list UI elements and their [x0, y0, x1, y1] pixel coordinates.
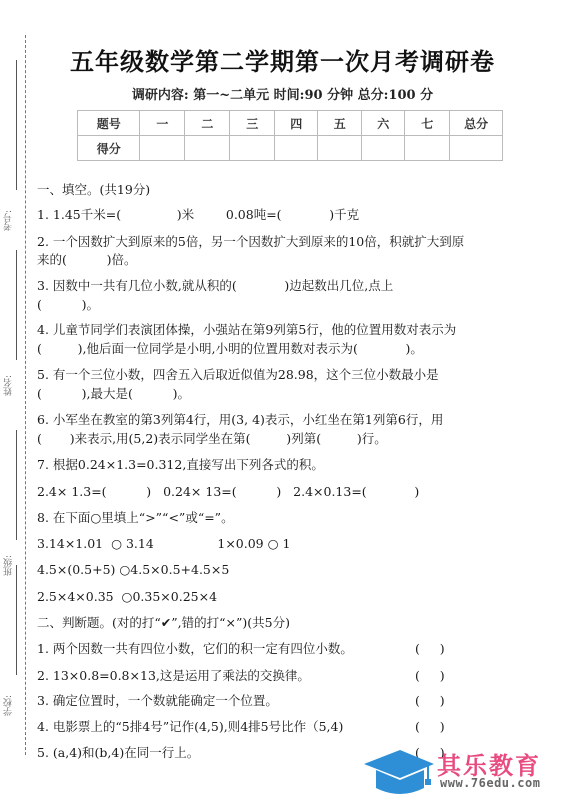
- answer-blank: ( ): [415, 693, 445, 709]
- score-cell: [185, 136, 230, 161]
- page-title: 五年级数学第二学期第一次月考调研卷: [0, 42, 565, 77]
- score-cell: [450, 136, 503, 161]
- question-line: ( )来表示,用(5,2)表示同学坐在第( )列第( )行。: [37, 431, 387, 447]
- question-line: ( ),最大是( )。: [37, 386, 190, 402]
- judgement-item: 2. 13×0.8=0.8×13,这是运用了乘法的交换律。: [37, 668, 310, 684]
- exam-info: 调研内容: 第一~二单元 时间:90 分钟 总分:100 分: [0, 84, 565, 103]
- score-table-header-row: 题号 一 二 三 四 五 六 七 总分: [78, 111, 503, 136]
- question-line: 4.5×(0.5+5) ○4.5×0.5+4.5×5: [37, 562, 229, 578]
- judgement-item: 4. 电影票上的“5排4号”记作(4,5),则4排5号比作（5,4): [37, 719, 343, 735]
- table-cell: 一: [140, 111, 185, 136]
- exam-number-line: [16, 60, 17, 190]
- score-cell: [230, 136, 275, 161]
- table-cell: 七: [405, 111, 450, 136]
- school-line: [16, 565, 17, 675]
- answer-blank: ( ): [415, 719, 445, 735]
- question-line: 来的( )倍。: [37, 252, 137, 268]
- name-line: [16, 250, 17, 360]
- name-label: 姓名:: [2, 365, 16, 405]
- table-cell: 总分: [450, 111, 503, 136]
- table-cell: 五: [318, 111, 362, 136]
- question-line: 2. 一个因数扩大到原来的5倍，另一个因数扩大到原来的10倍，积就扩大到原: [37, 234, 464, 250]
- score-cell: [362, 136, 405, 161]
- question-line: 5. 有一个三位小数，四舍五入后取近似值为28.98，这个三位小数最小是: [37, 367, 439, 383]
- class-line: [16, 430, 17, 540]
- watermark-url: www.76edu.com: [440, 776, 540, 790]
- question-line: 3.14×1.01 ○ 3.14 1×0.09 ○ 1: [37, 536, 290, 552]
- score-cell: [275, 136, 318, 161]
- question-line: 2.4× 1.3=( ) 0.24× 13=( ) 2.4×0.13=( ): [37, 484, 419, 500]
- judgement-item: 1. 两个因数一共有四位小数，它们的积一定有四位小数。: [37, 641, 353, 657]
- question-line: 1. 1.45千米=( )米 0.08吨=( )千克: [37, 207, 359, 223]
- table-cell: 题号: [78, 111, 140, 136]
- question-line: 2.5×4×0.35 ○0.35×0.25×4: [37, 589, 217, 605]
- section1-heading: 一、填空。(共19分): [37, 182, 150, 198]
- table-cell: 六: [362, 111, 405, 136]
- score-table-score-row: 得分: [78, 136, 503, 161]
- score-cell: [405, 136, 450, 161]
- judgement-item: 3. 确定位置时，一个数就能确定一个位置。: [37, 693, 278, 709]
- graduation-cap-icon: [362, 748, 436, 798]
- question-line: 8. 在下面○里填上“>”“<”或“=”。: [37, 510, 234, 526]
- table-cell: 三: [230, 111, 275, 136]
- watermark-logo: 其乐教育 www.76edu.com: [362, 748, 562, 798]
- score-table: 题号 一 二 三 四 五 六 七 总分 得分: [77, 110, 503, 161]
- binding-dashed-line: [25, 35, 26, 755]
- score-cell: [318, 136, 362, 161]
- judgement-item: 5. (a,4)和(b,4)在同一行上。: [37, 745, 199, 761]
- score-cell: [140, 136, 185, 161]
- question-line: 6. 小军坐在教室的第3列第4行，用(3, 4)表示，小红坐在第1列第6行，用: [37, 412, 443, 428]
- question-line: ( ),他后面一位同学是小明,小明的位置用数对表示为( )。: [37, 341, 423, 357]
- table-cell: 二: [185, 111, 230, 136]
- question-line: 3. 因数中一共有几位小数,就从积的( )边起数出几位,点上: [37, 278, 393, 294]
- table-cell: 得分: [78, 136, 140, 161]
- school-label: 学校:: [2, 685, 16, 725]
- table-cell: 四: [275, 111, 318, 136]
- answer-blank: ( ): [415, 641, 445, 657]
- question-line: ( )。: [37, 297, 99, 313]
- answer-blank: ( ): [415, 668, 445, 684]
- exam-number-label: 考号:: [2, 200, 16, 240]
- section2-heading: 二、判断题。(对的打“✔”,错的打“×”)(共5分): [37, 615, 290, 631]
- question-line: 4. 儿童节同学们表演团体操，小强站在第9列第5行，他的位置用数对表示为: [37, 322, 456, 338]
- class-label: 班级:: [2, 545, 16, 585]
- question-line: 7. 根据0.24×1.3=0.312,直接写出下列各式的积。: [37, 457, 324, 473]
